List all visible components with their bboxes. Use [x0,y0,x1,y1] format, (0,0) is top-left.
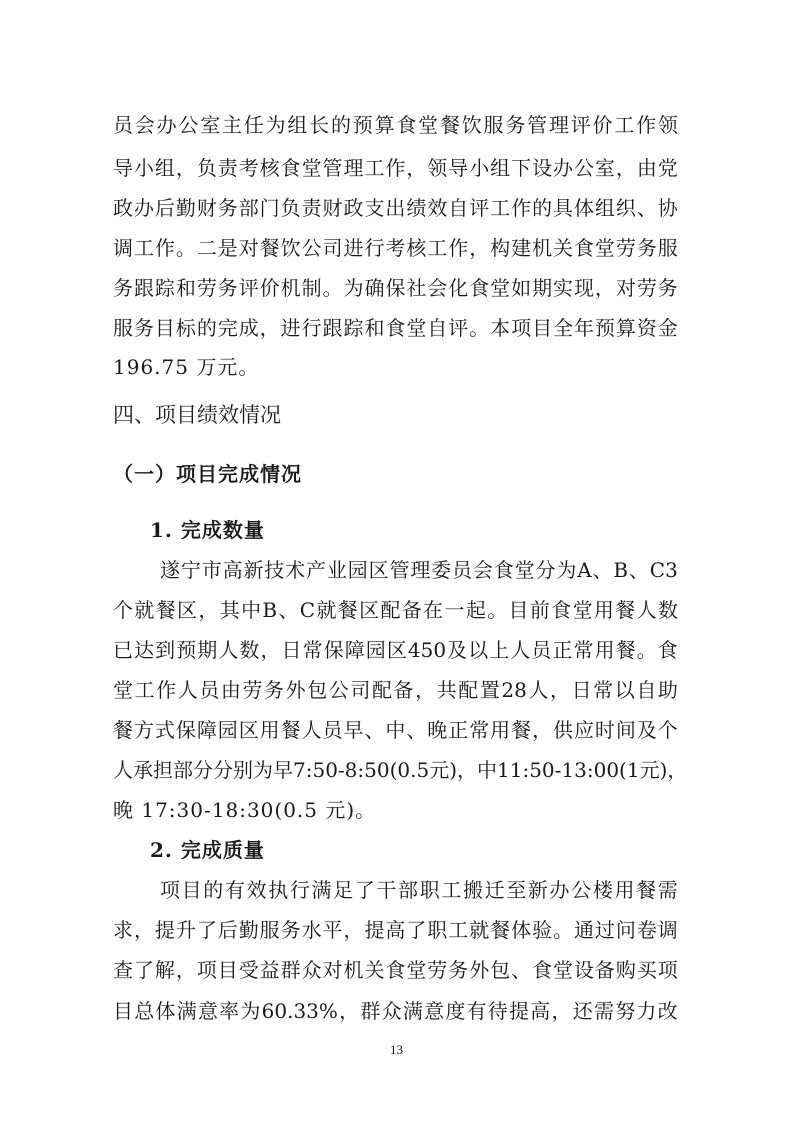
text-line: 政办后勤财务部门负责财政支出绩效自评工作的具体组织、协 [113,193,678,223]
text-line: 目总体满意率为60.33%，群众满意度有待提高，还需努力改 [113,996,678,1026]
page-number: 13 [0,1040,793,1060]
subsection-heading: （一）项目完成情况 [113,459,302,489]
item-1-heading: 1. 完成数量 [150,515,265,545]
text-line: 求，提升了后勤服务水平，提高了职工就餐体验。通过问卷调 [113,915,678,945]
text-line: 遂宁市高新技术产业园区管理委员会食堂分为A、B、C3 [160,555,678,585]
text-line: 导小组，负责考核食堂管理工作，领导小组下设办公室，由党 [113,153,678,183]
text-line: 196.75 万元。 [113,352,678,382]
item-2-heading: 2. 完成质量 [150,835,265,865]
section-heading: 四、项目绩效情况 [113,400,281,430]
text-line: 服务目标的完成，进行跟踪和食堂自评。本项目全年预算资金 [113,313,678,343]
text-line: 务跟踪和劳务评价机制。为确保社会化食堂如期实现，对劳务 [113,273,678,303]
text-line: 查了解，项目受益群众对机关食堂劳务外包、食堂设备购买项 [113,955,678,985]
text-line: 调工作。二是对餐饮公司进行考核工作，构建机关食堂劳务服 [113,233,678,263]
text-line: 人承担部分分别为早7:50-8:50(0.5元)，中11:50-13:00(1元… [113,755,678,785]
text-line: 晚 17:30-18:30(0.5 元)。 [113,795,678,825]
text-line: 已达到预期人数，日常保障园区450及以上人员正常用餐。食 [113,635,678,665]
text-line: 个就餐区，其中B、C就餐区配备在一起。目前食堂用餐人数 [113,595,678,625]
text-line: 员会办公室主任为组长的预算食堂餐饮服务管理评价工作领 [113,110,678,140]
text-line: 堂工作人员由劳务外包公司配备，共配置28人，日常以自助 [113,675,678,705]
document-page: 员会办公室主任为组长的预算食堂餐饮服务管理评价工作领 导小组，负责考核食堂管理工… [0,0,793,1122]
text-line: 餐方式保障园区用餐人员早、中、晚正常用餐，供应时间及个 [113,715,678,745]
text-line: 项目的有效执行满足了干部职工搬迁至新办公楼用餐需 [160,875,678,905]
